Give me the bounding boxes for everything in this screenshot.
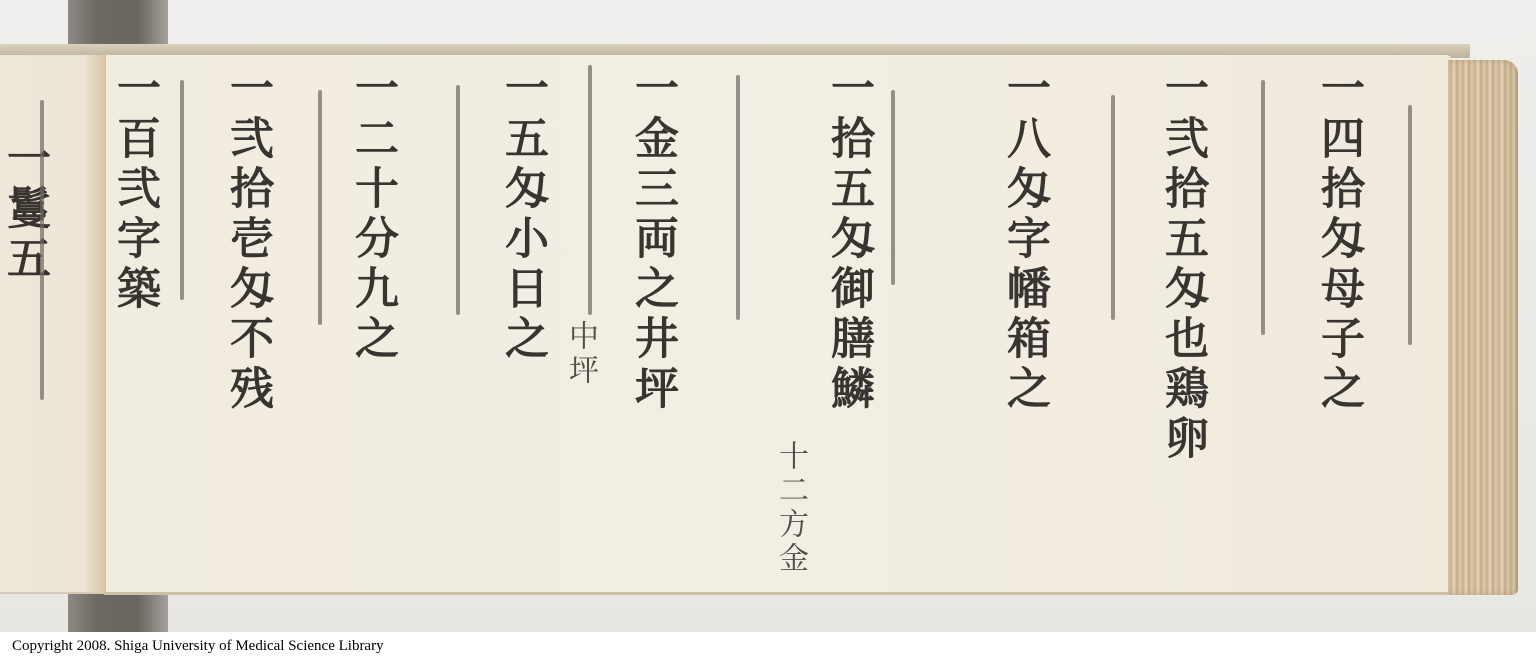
manuscript-column-8: 一弐拾壱匁不残	[225, 65, 269, 415]
manuscript-column-2: 一弐拾五匁也鶏卵	[1160, 65, 1204, 465]
ruled-line	[1111, 95, 1115, 320]
manuscript-column-1: 一四拾匁母子之	[1316, 65, 1360, 415]
left-page: 一鬘五	[0, 55, 104, 594]
page-stack-edge	[1448, 60, 1518, 595]
manuscript-column-3: 一八匁字幡箱之	[1002, 65, 1046, 415]
ruled-line	[1261, 80, 1265, 335]
ruled-line	[1408, 105, 1412, 345]
copyright-caption: Copyright 2008. Shiga University of Medi…	[12, 638, 384, 655]
manuscript-column-5: 一金三両之井坪	[630, 65, 674, 415]
ruled-line	[891, 90, 895, 285]
ruled-line	[318, 90, 322, 325]
manuscript-column-4: 一拾五匁御膳鱗	[826, 65, 870, 415]
manuscript-column-9: 一百弐字築	[112, 65, 156, 315]
ruled-line	[456, 85, 460, 315]
manuscript-annotation-1: 十二方金	[775, 440, 805, 576]
ruled-line	[588, 65, 592, 315]
manuscript-annotation-2: 中坪	[565, 320, 595, 388]
ruled-line	[40, 100, 44, 400]
manuscript-column-7: 一二十分九之	[350, 65, 394, 365]
ruled-line	[736, 75, 740, 320]
manuscript-column-6: 一五匁小日之	[500, 65, 544, 365]
ruled-line	[180, 80, 184, 300]
